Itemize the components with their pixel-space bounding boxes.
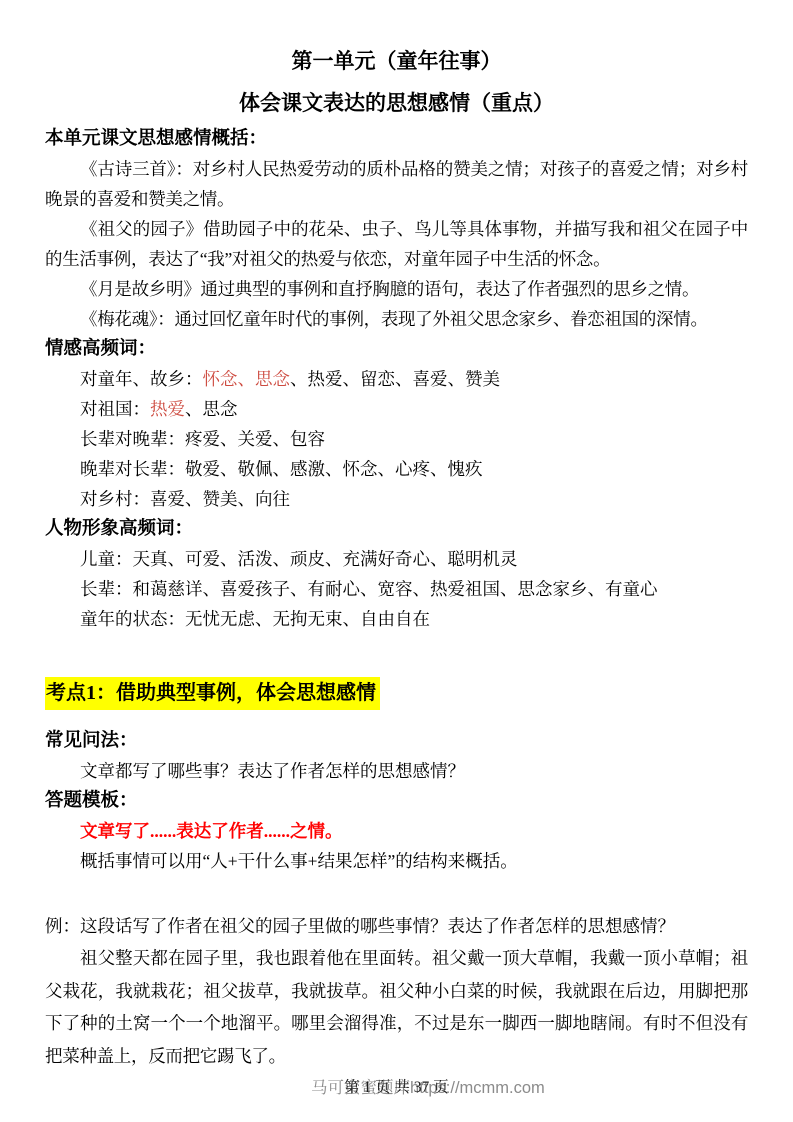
overview-heading: 本单元课文思想感情概括：: [45, 124, 748, 154]
common-question-text: 文章都写了哪些事？表达了作者怎样的思想感情？: [45, 756, 748, 786]
emotion-line-motherland-red-words: 热爱: [150, 399, 185, 419]
emotion-line-childhood-red-words: 怀念、思念: [203, 369, 291, 389]
example-passage: 祖父整天都在园子里，我也跟着他在里面转。祖父戴一顶大草帽，我戴一顶小草帽；祖父栽…: [45, 942, 748, 1072]
kaodian1-highlighted-heading: 考点1：借助典型事例，体会思想感情: [45, 677, 380, 710]
page-number-text: 第 1 页 共 37 页: [344, 1075, 449, 1097]
character-words-heading: 人物形象高频词：: [45, 514, 748, 544]
emotion-line-motherland-prefix: 对祖国：: [80, 399, 150, 419]
emotion-line-motherland: 对祖国：热爱、思念: [45, 394, 748, 424]
unit-title: 第一单元（童年往事）: [45, 40, 748, 82]
answer-template-heading: 答题模板：: [45, 786, 748, 816]
character-line-children: 儿童：天真、可爱、活泼、顽皮、充满好奇心、聪明机灵: [45, 544, 748, 574]
character-line-elders: 长辈：和蔼慈详、喜爱孩子、有耐心、宽容、热爱祖国、思念家乡、有童心: [45, 574, 748, 604]
answer-template-note: 概括事情可以用“人+干什么事+结果怎样”的结构来概括。: [45, 846, 748, 876]
document-page: 第一单元（童年往事） 体会课文表达的思想感情（重点） 本单元课文思想感情概括： …: [0, 0, 793, 1072]
emotion-line-younger-to-elder: 晚辈对长辈：敬爱、敬佩、感激、怀念、心疼、愧疚: [45, 454, 748, 484]
emotion-line-childhood: 对童年、故乡：怀念、思念、热爱、留恋、喜爱、赞美: [45, 364, 748, 394]
emotion-line-elder-to-younger: 长辈对晚辈：疼爱、关爱、包容: [45, 424, 748, 454]
emotion-words-heading: 情感高频词：: [45, 334, 748, 364]
character-line-childhood-state: 童年的状态：无忧无虑、无拘无束、自由自在: [45, 604, 748, 634]
unit-subtitle: 体会课文表达的思想感情（重点）: [45, 82, 748, 124]
kaodian1-section: 考点1：借助典型事例，体会思想感情 常见问法： 文章都写了哪些事？表达了作者怎样…: [45, 660, 748, 876]
example-question: 例：这段话写了作者在祖父的园子里做的哪些事情？表达了作者怎样的思想感情？: [45, 910, 748, 942]
overview-paragraph-meihuahun: 《梅花魂》：通过回忆童年时代的事例，表现了外祖父思念家乡、眷恋祖国的深情。: [45, 304, 748, 334]
example-section: 例：这段话写了作者在祖父的园子里做的哪些事情？表达了作者怎样的思想感情？ 祖父整…: [45, 910, 748, 1072]
answer-template-red-line: 文章写了......表达了作者......之情。: [45, 816, 748, 846]
page-footer: 马可蜜蜜题库https://mcmm.com 第 1 页 共 37 页: [0, 1072, 793, 1098]
common-question-heading: 常见问法：: [45, 726, 748, 756]
emotion-line-countryside: 对乡村：喜爱、赞美、向往: [45, 484, 748, 514]
overview-paragraph-gushisanshou: 《古诗三首》：对乡村人民热爱劳动的质朴品格的赞美之情；对孩子的喜爱之情；对乡村晚…: [45, 154, 748, 214]
emotion-line-childhood-rest: 、热爱、留恋、喜爱、赞美: [290, 369, 500, 389]
overview-paragraph-yueshiguxiangming: 《月是故乡明》通过典型的事例和直抒胸臆的语句，表达了作者强烈的思乡之情。: [45, 274, 748, 304]
emotion-line-motherland-rest: 、思念: [185, 399, 238, 419]
emotion-line-childhood-prefix: 对童年、故乡：: [80, 369, 203, 389]
overview-paragraph-zufudeyuanzi: 《祖父的园子》借助园子中的花朵、虫子、鸟儿等具体事物，并描写我和祖父在园子中的生…: [45, 214, 748, 274]
